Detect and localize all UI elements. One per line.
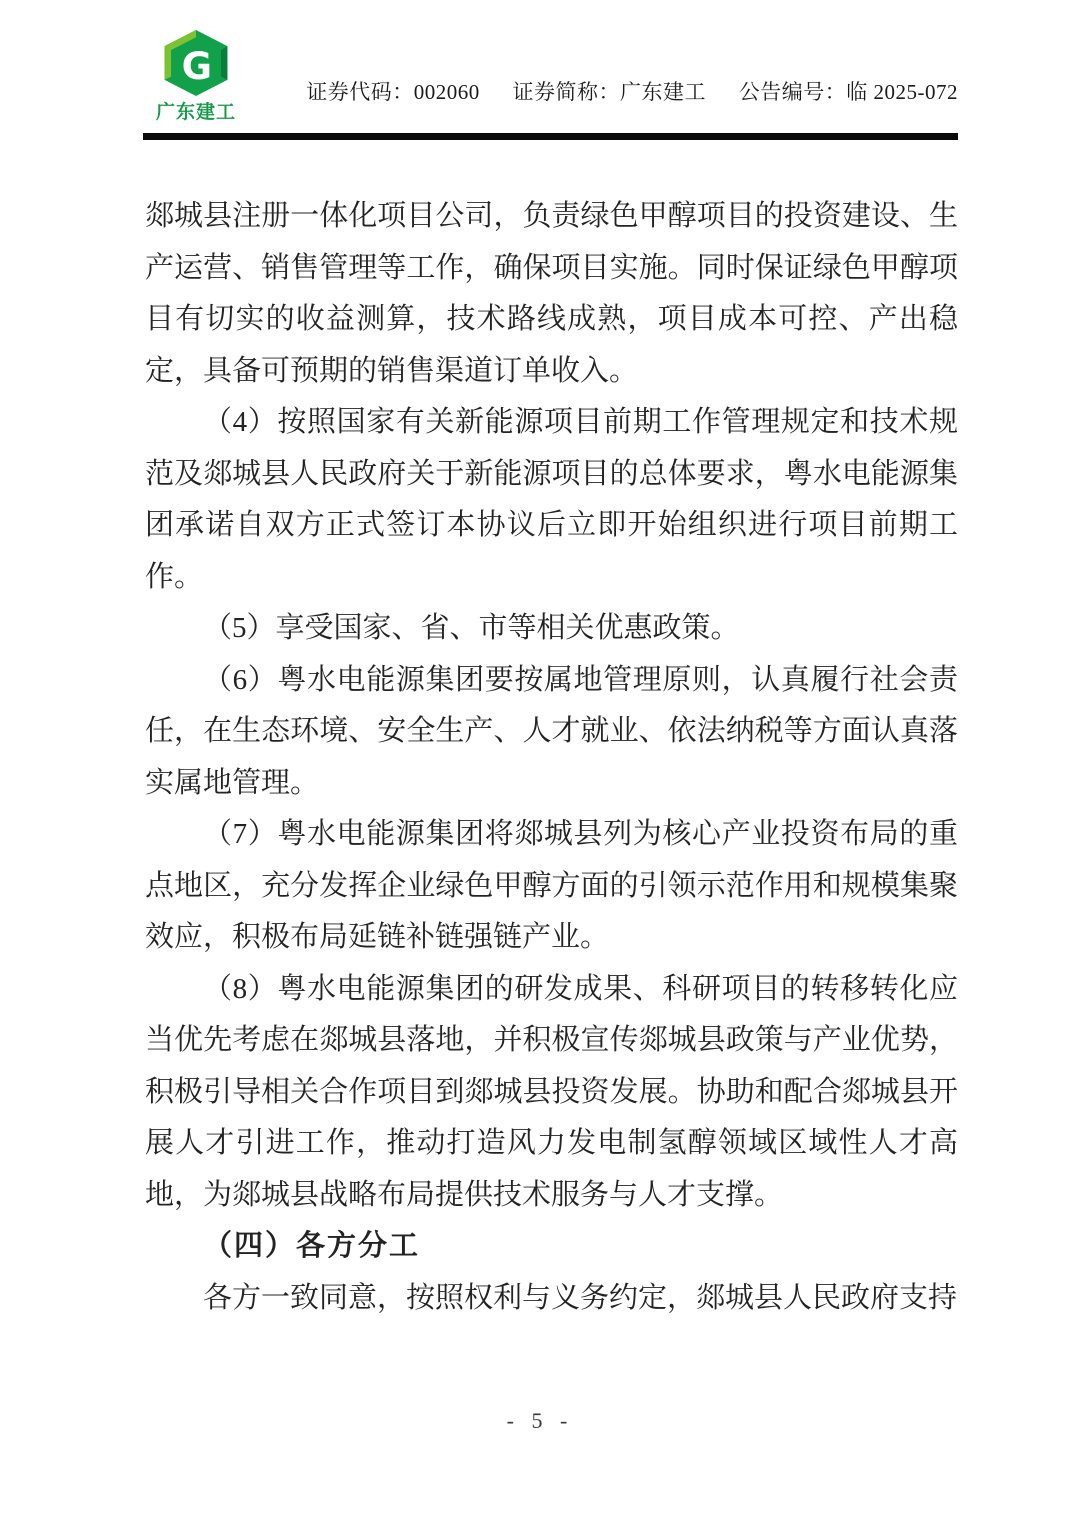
body-paragraph-closing: 各方一致同意，按照权利与义务约定，郯城县人民政府支持 — [145, 1273, 958, 1325]
company-logo: G 广东建工 — [146, 30, 246, 124]
document-page: G 广东建工 证券代码：002060 证券简称：广东建工 公告编号：临 2025… — [0, 0, 1080, 1527]
stock-name-label: 证券简称：广东建工 — [513, 80, 707, 104]
stock-code-label: 证券代码：002060 — [306, 80, 480, 104]
body-paragraph-clause-6: （6）粤水电能源集团要按属地管理原则，认真履行社会责任，在生态环境、安全生产、人… — [145, 655, 958, 810]
body-paragraph-continuation: 郯城县注册一体化项目公司，负责绿色甲醇项目的投资建设、生产运营、销售管理等工作，… — [145, 191, 958, 397]
body-paragraph-clause-4: （4）按照国家有关新能源项目前期工作管理规定和技术规范及郯城县人民政府关于新能源… — [145, 397, 958, 603]
securities-info-line: 证券代码：002060 证券简称：广东建工 公告编号：临 2025-072 — [306, 76, 958, 106]
page-footer: - 5 - — [0, 1408, 1080, 1434]
body-paragraph-clause-5: （5）享受国家、省、市等相关优惠政策。 — [145, 603, 958, 655]
header-divider — [143, 133, 958, 140]
logo-hexagon-g-icon: G — [155, 30, 237, 96]
svg-text:G: G — [182, 45, 212, 88]
document-body: 郯城县注册一体化项目公司，负责绿色甲醇项目的投资建设、生产运营、销售管理等工作，… — [145, 191, 958, 1324]
announcement-number-label: 公告编号：临 2025-072 — [739, 80, 958, 104]
body-paragraph-clause-7: （7）粤水电能源集团将郯城县列为核心产业投资布局的重点地区，充分发挥企业绿色甲醇… — [145, 809, 958, 964]
section-heading-four: （四）各方分工 — [145, 1221, 958, 1273]
page-number: - 5 - — [507, 1408, 574, 1433]
logo-company-name: 广东建工 — [146, 97, 246, 124]
page-header: G 广东建工 证券代码：002060 证券简称：广东建工 公告编号：临 2025… — [0, 0, 1080, 141]
body-paragraph-clause-8: （8）粤水电能源集团的研发成果、科研项目的转移转化应当优先考虑在郯城县落地，并积… — [145, 964, 958, 1222]
